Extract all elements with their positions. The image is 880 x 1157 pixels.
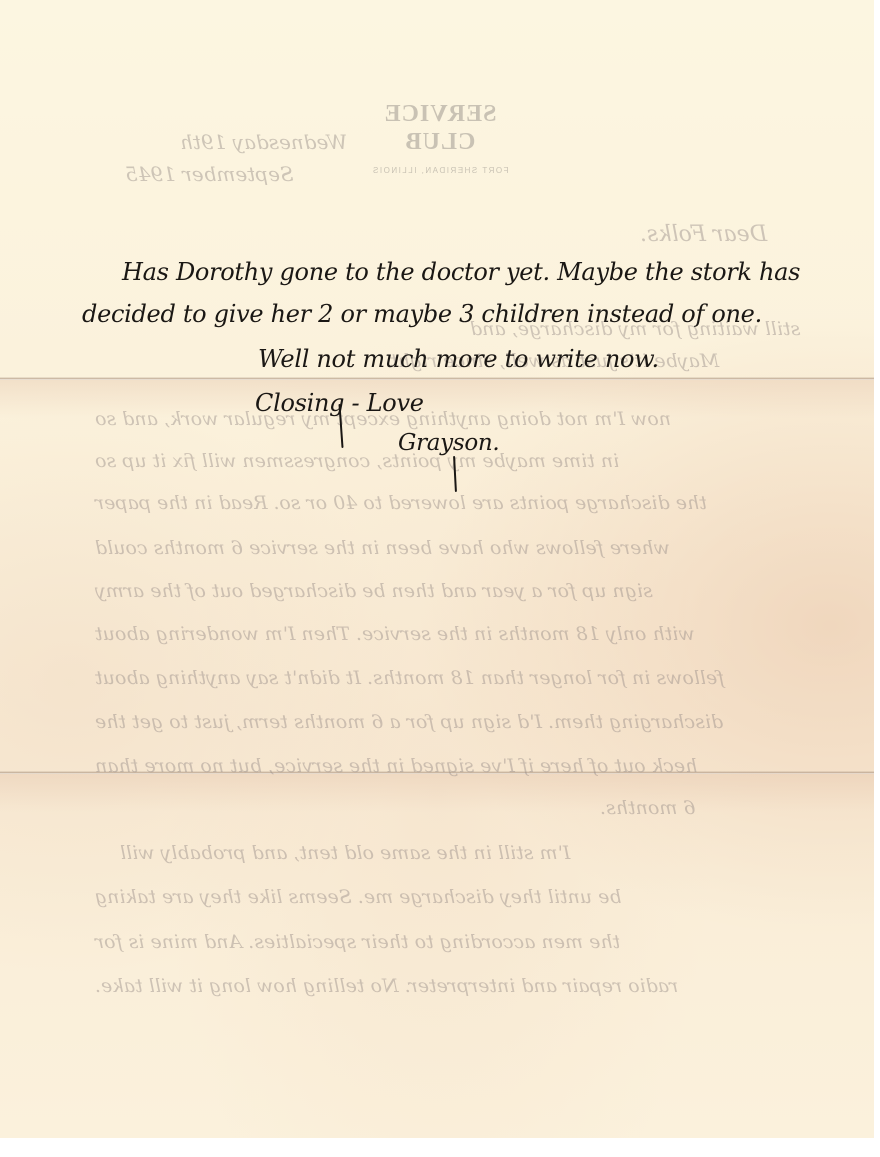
- bleed-date-line-1: Wednesday 19th: [180, 130, 347, 154]
- bleed-line: the discharge points are lowered to 40 o…: [95, 492, 707, 514]
- bleed-line: fellows in for longer than 18 months. It…: [95, 667, 724, 689]
- letter-line: Has Dorothy gone to the doctor yet. Mayb…: [122, 258, 800, 286]
- bleed-line: in time maybe my points, congressmen wil…: [95, 450, 619, 472]
- bleed-line: discharging them. I'd sign up for a 6 mo…: [95, 711, 723, 733]
- letterhead-bleed-through: SERVICE CLUB FORT SHERIDAN, ILLINOIS: [355, 100, 525, 175]
- bleed-salutation: Dear Folks.: [640, 222, 767, 247]
- bleed-line: with only 18 months in the service. Then…: [95, 623, 695, 645]
- bleed-line: where fellows who have been in the servi…: [95, 537, 670, 559]
- letter-line: decided to give her 2 or maybe 3 childre…: [82, 300, 762, 328]
- bleed-line: be until they discharge me. Seems like t…: [95, 886, 622, 908]
- letter-page: SERVICE CLUB FORT SHERIDAN, ILLINOIS Wed…: [0, 0, 874, 1138]
- fold-line-upper: [0, 377, 874, 380]
- bleed-date-line-2: September 1945: [125, 162, 294, 186]
- bleed-line: the men according to their specialties. …: [95, 931, 620, 953]
- bleed-line: heck out of here if I've signed in the s…: [95, 755, 697, 777]
- letterhead-subtitle: FORT SHERIDAN, ILLINOIS: [355, 166, 525, 175]
- signature: Grayson.: [398, 430, 499, 456]
- letter-line: Well not much more to write now.: [258, 345, 659, 373]
- bleed-line: radio repair and interpreter. No telling…: [95, 975, 678, 997]
- bleed-line: 6 months.: [600, 797, 695, 819]
- fold-shading-lower: [0, 772, 874, 812]
- letterhead-title: SERVICE CLUB: [355, 100, 525, 156]
- bleed-line: sign up for a year and then be discharge…: [95, 580, 653, 602]
- bleed-line: I'm still in the same old tent, and prob…: [120, 842, 570, 864]
